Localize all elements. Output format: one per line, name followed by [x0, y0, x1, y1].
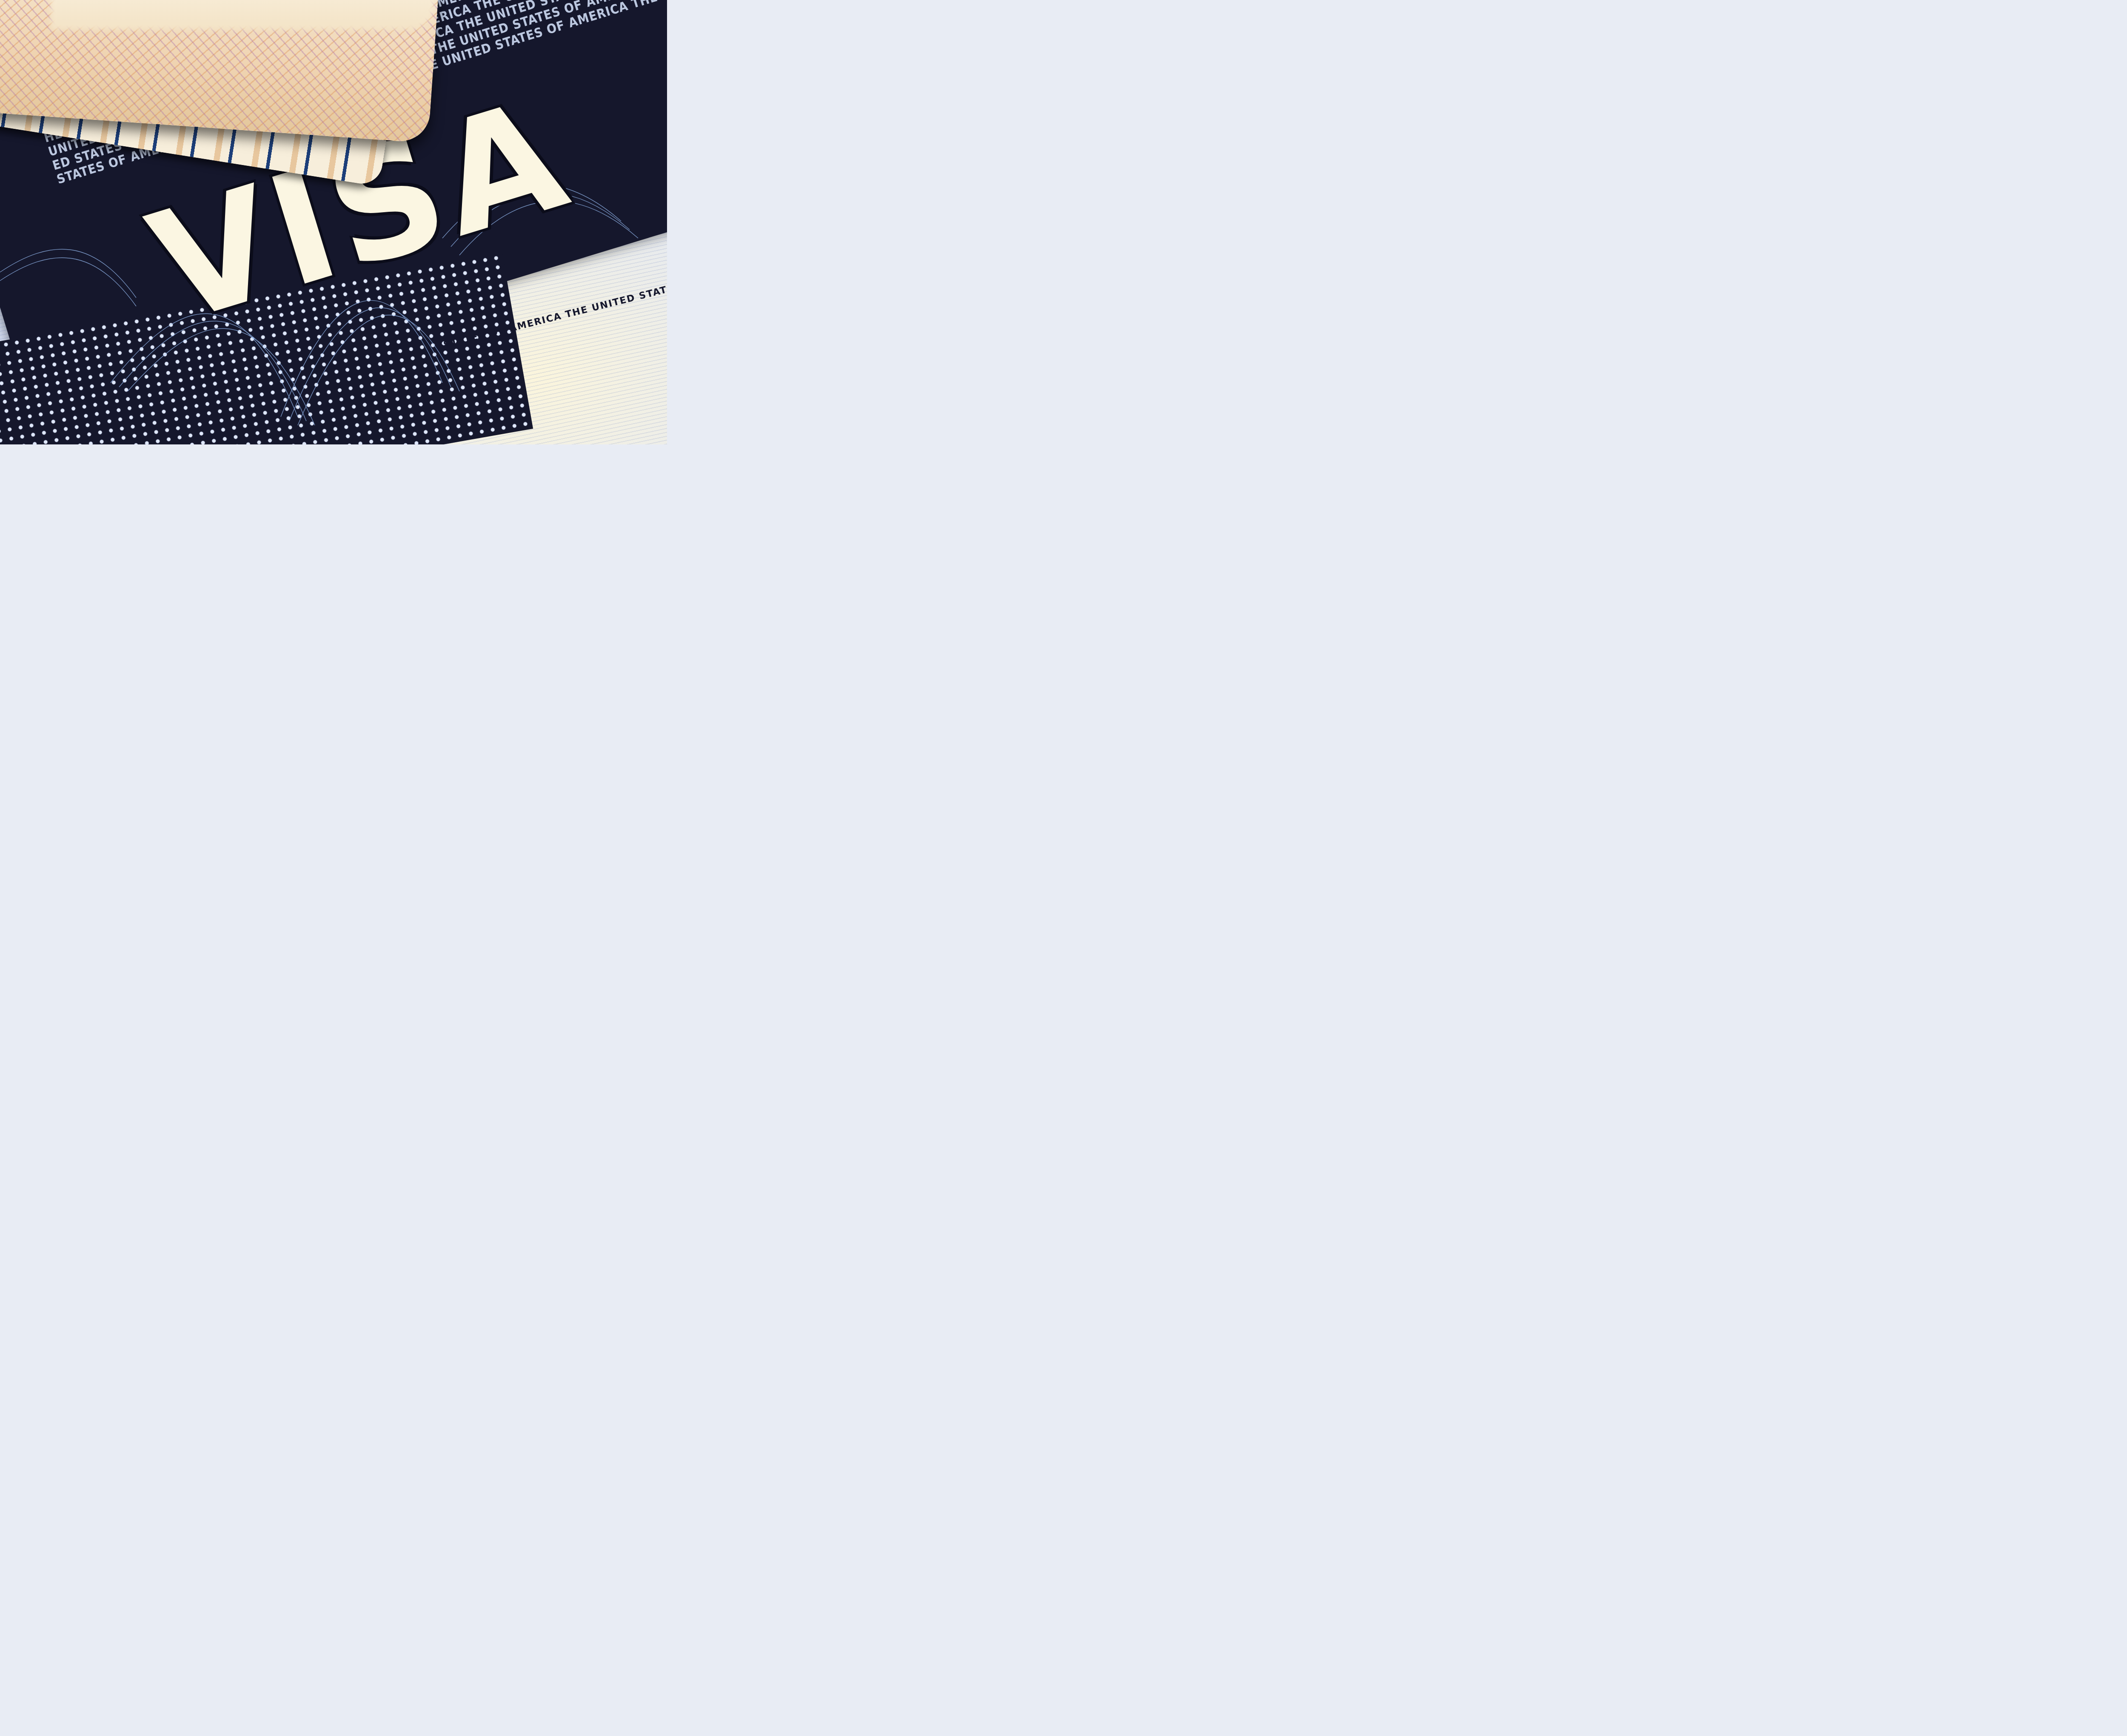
passport-cover-blur	[51, 0, 434, 30]
visa-photo-scene: AMERICA THE UNITED STATES OF AMERICA THE…	[0, 0, 667, 444]
